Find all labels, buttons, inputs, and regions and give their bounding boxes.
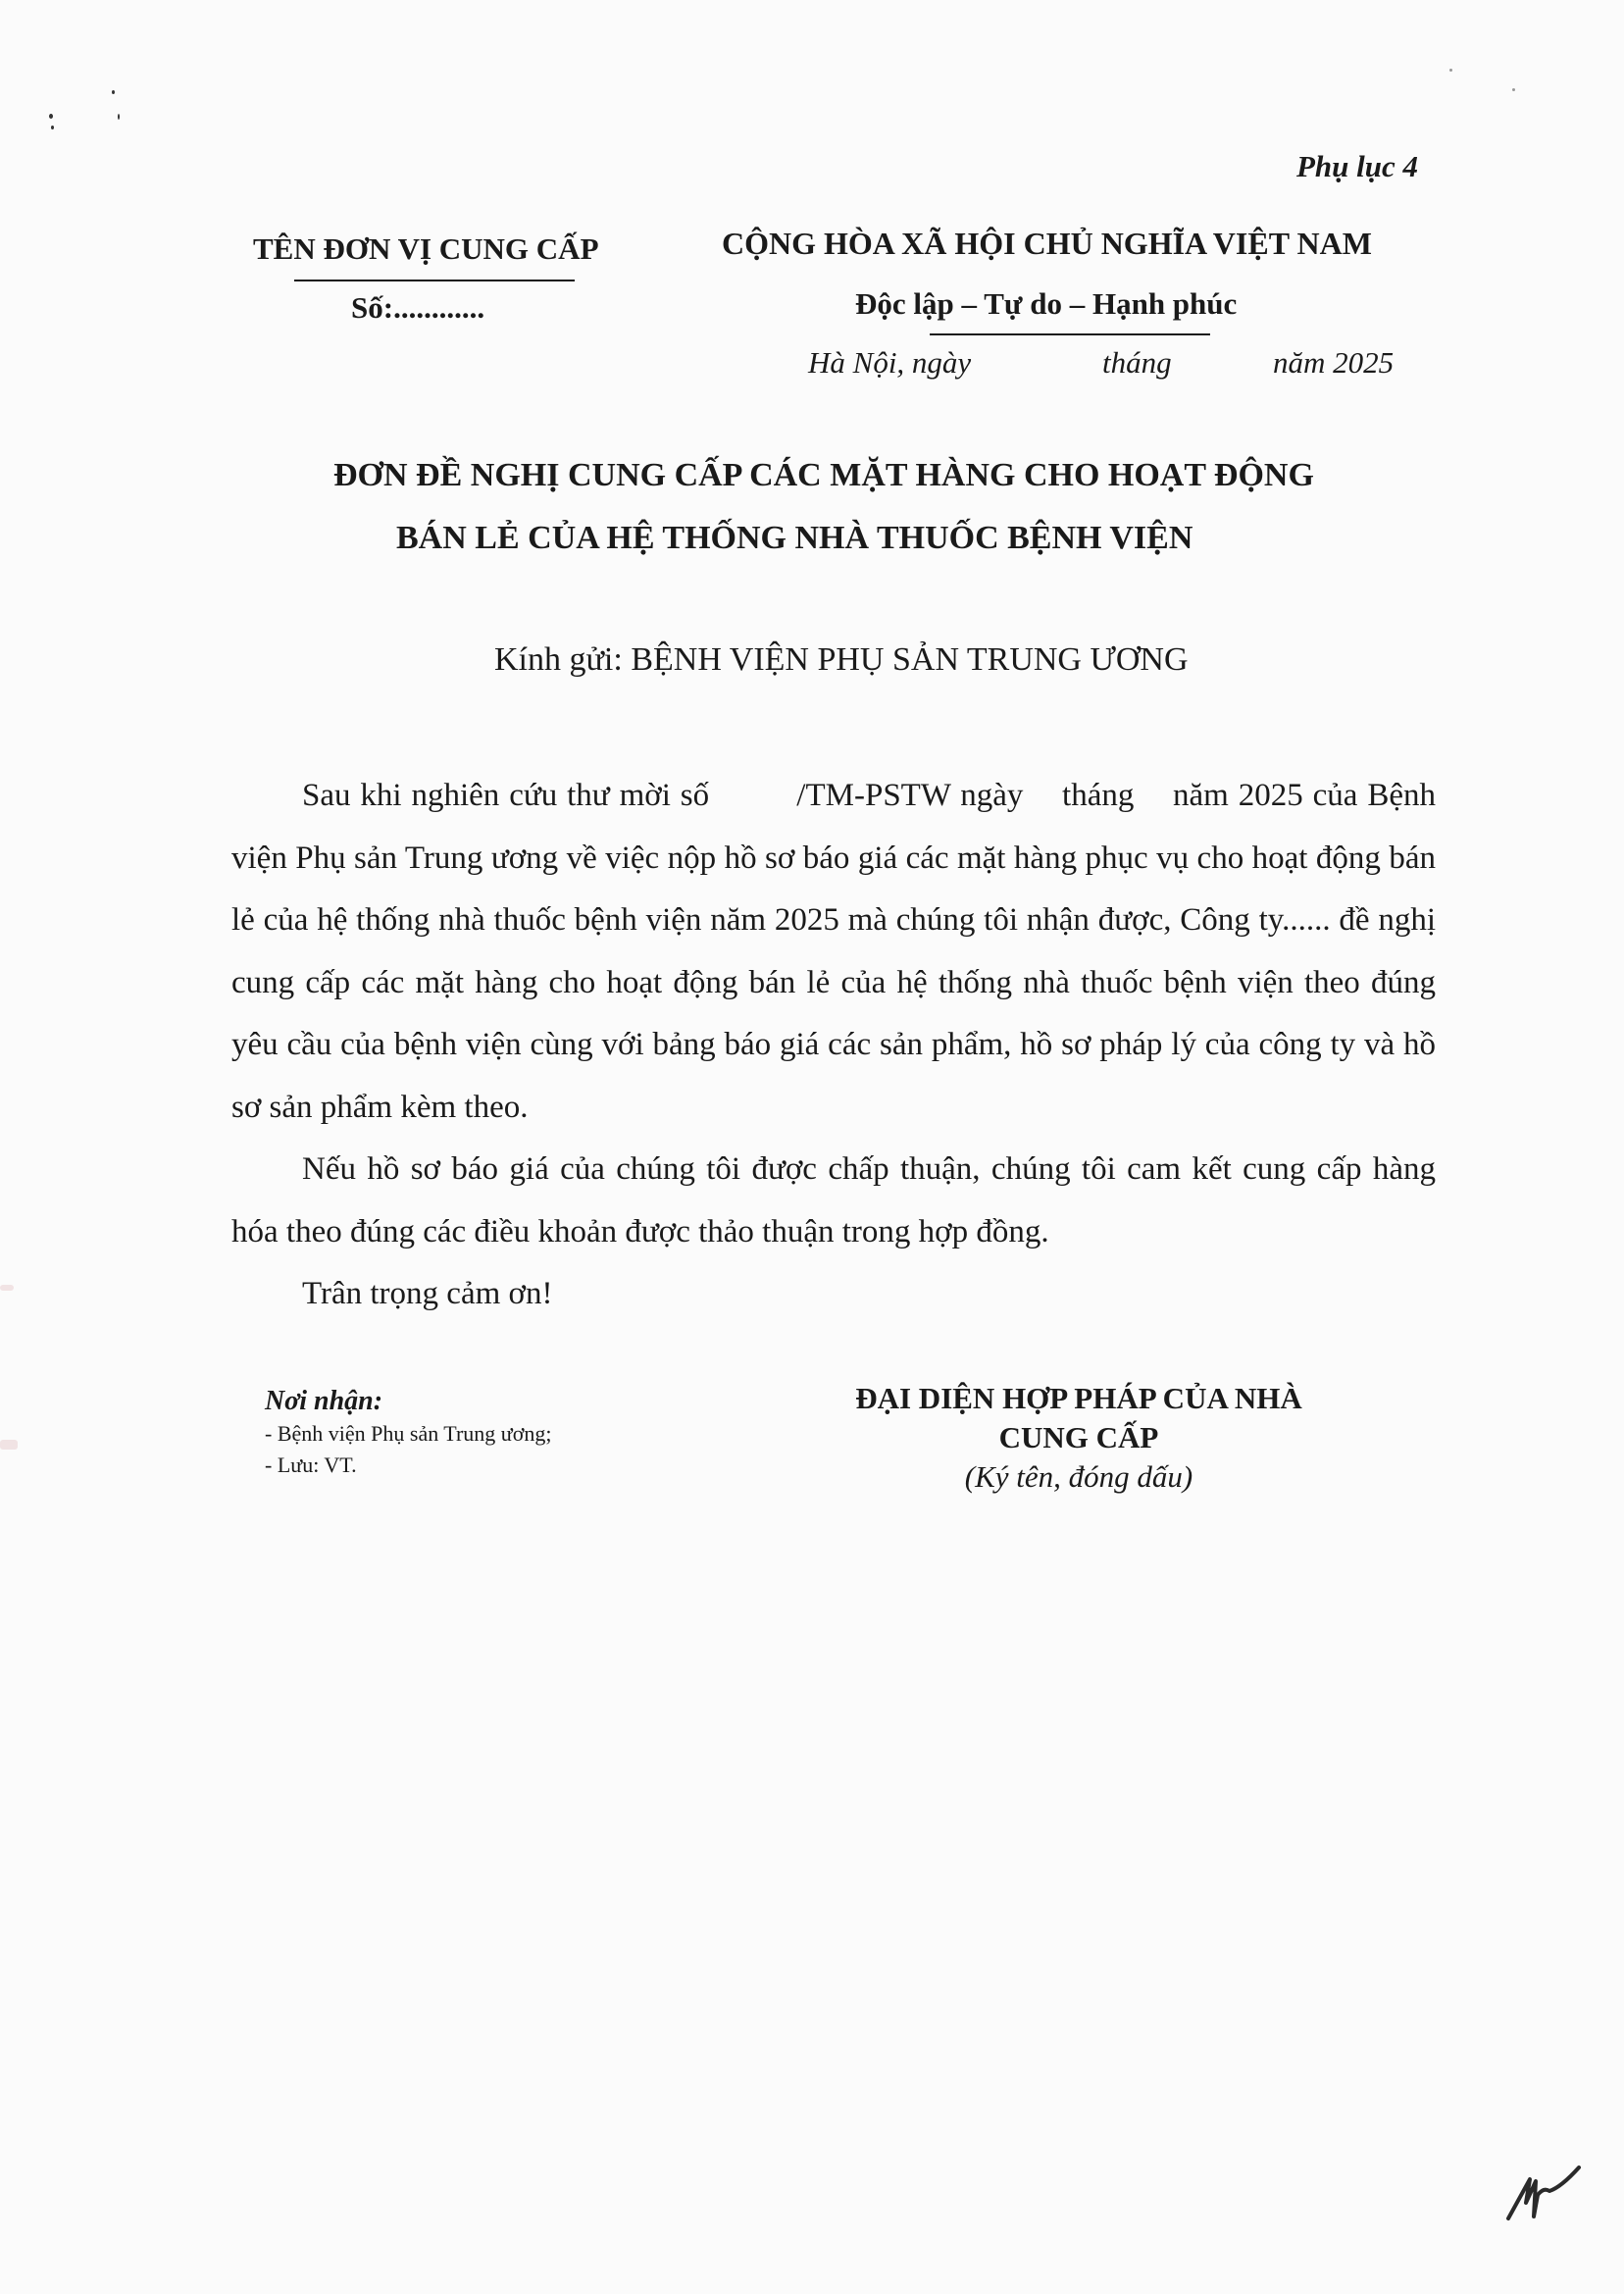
- closing-thanks: Trân trọng cảm ơn!: [231, 1263, 1436, 1326]
- document-title-line-2: BÁN LẺ CỦA HỆ THỐNG NHÀ THUỐC BỆNH VIỆN: [396, 520, 1193, 557]
- appendix-label: Phụ lục 4: [1296, 149, 1418, 184]
- nation-heading: CỘNG HÒA XÃ HỘI CHỦ NGHĨA VIỆT NAM: [722, 226, 1372, 262]
- scan-speck: [112, 90, 115, 94]
- scan-smudge: [0, 1440, 18, 1450]
- signatory-role-line-1: ĐẠI DIỆN HỢP PHÁP CỦA NHÀ: [765, 1379, 1393, 1418]
- scan-speck: [1449, 69, 1452, 72]
- date-month: tháng: [1102, 345, 1172, 381]
- signature-block: ĐẠI DIỆN HỢP PHÁP CỦA NHÀ CUNG CẤP (Ký t…: [765, 1379, 1393, 1497]
- date-year: năm 2025: [1273, 345, 1394, 381]
- document-number: Số:............: [351, 290, 484, 326]
- recipients-block: Nơi nhận: - Bệnh viện Phụ sản Trung ương…: [265, 1385, 551, 1481]
- date-place-day: Hà Nội, ngày: [808, 345, 971, 381]
- scan-speck: [49, 114, 53, 119]
- scan-speck: [51, 126, 54, 129]
- handwritten-initials-icon: [1500, 2158, 1599, 2236]
- signature-instruction: (Ký tên, đóng dấu): [765, 1457, 1393, 1497]
- scan-speck: [1512, 88, 1515, 91]
- document-title-line-1: ĐƠN ĐỀ NGHỊ CUNG CẤP CÁC MẶT HÀNG CHO HO…: [333, 457, 1314, 494]
- body-paragraph-1: Sau khi nghiên cứu thư mời số /TM-PSTW n…: [231, 765, 1436, 1139]
- scan-smudge: [0, 1285, 14, 1291]
- body-paragraph-2: Nếu hồ sơ báo giá của chúng tôi được chấ…: [231, 1139, 1436, 1263]
- organization-name: TÊN ĐƠN VỊ CUNG CẤP: [253, 231, 599, 267]
- recipient-item: - Bệnh viện Phụ sản Trung ương;: [265, 1418, 551, 1450]
- recipients-label: Nơi nhận:: [265, 1385, 551, 1418]
- scan-speck: [118, 114, 120, 120]
- letter-body: Sau khi nghiên cứu thư mời số /TM-PSTW n…: [231, 765, 1436, 1326]
- salutation: Kính gửi: BỆNH VIỆN PHỤ SẢN TRUNG ƯƠNG: [494, 641, 1189, 679]
- national-motto: Độc lập – Tự do – Hạnh phúc: [855, 286, 1237, 322]
- organization-underline: [294, 280, 575, 281]
- motto-underline: [930, 333, 1210, 335]
- signatory-role-line-2: CUNG CẤP: [765, 1418, 1393, 1457]
- recipient-item: - Lưu: VT.: [265, 1450, 551, 1481]
